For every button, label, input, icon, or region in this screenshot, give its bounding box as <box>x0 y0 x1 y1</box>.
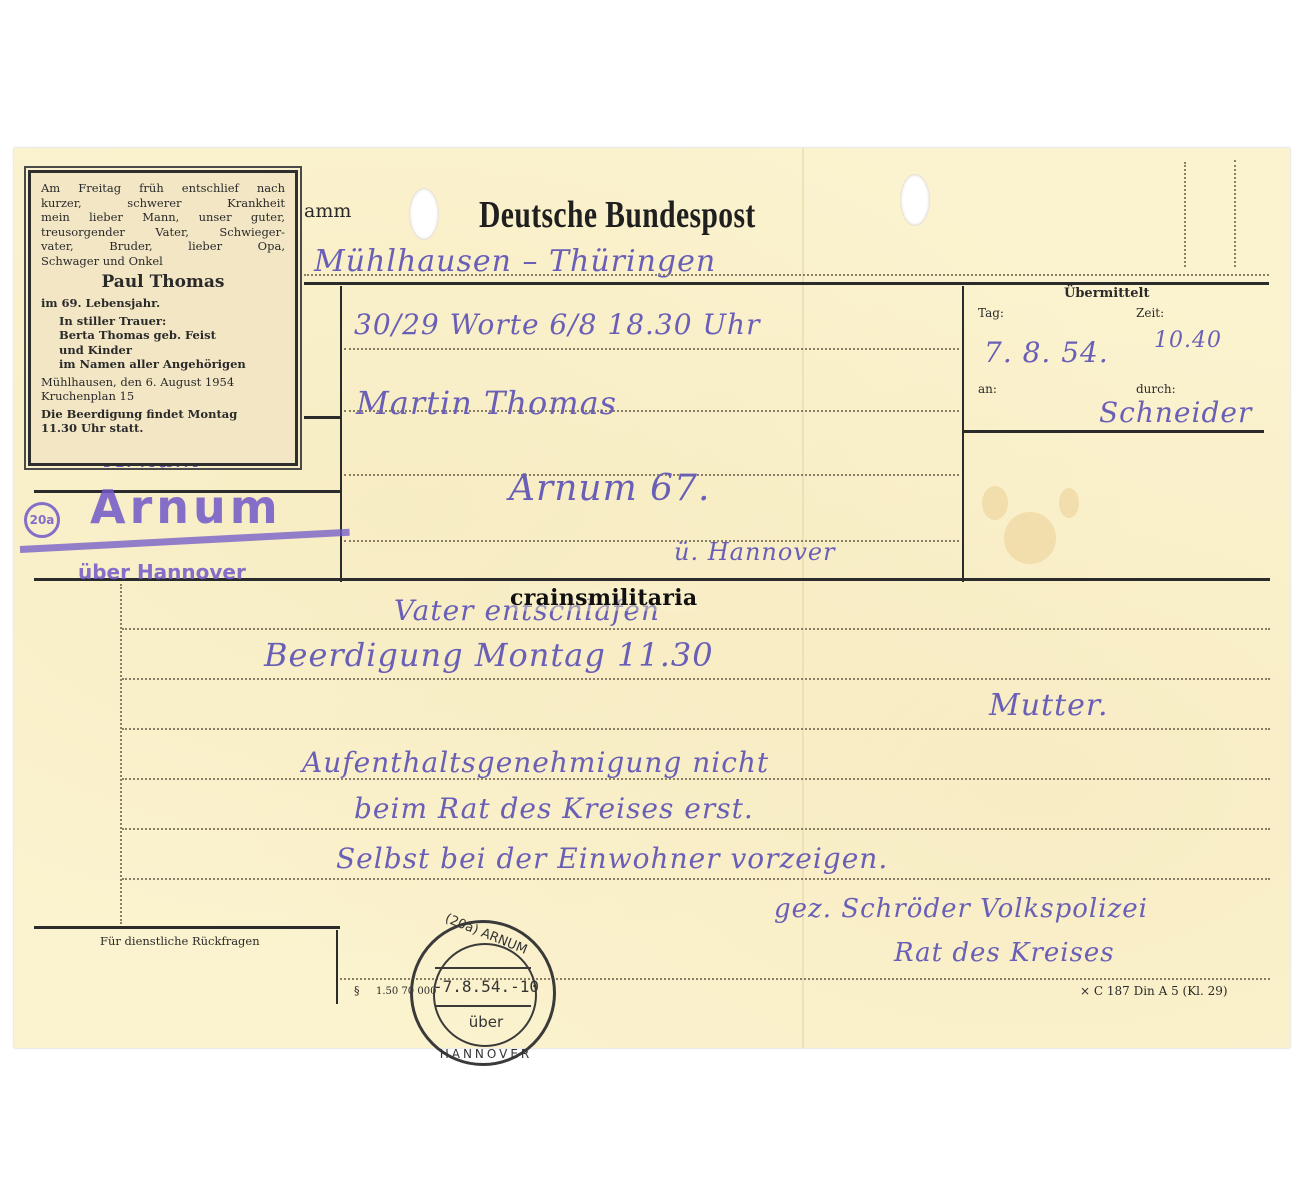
by-label: durch: <box>1136 382 1176 396</box>
message-line: Mutter. <box>989 688 1109 723</box>
office-stamp-via: über Hannover <box>78 560 246 584</box>
postmark-bottom-text: HANNOVER <box>427 1047 545 1061</box>
obituary-clipping: Am Freitag früh entschlief nach kurzer, … <box>28 170 298 466</box>
message-rule <box>122 628 1270 630</box>
obituary-funeral-line: 11.30 Uhr statt. <box>41 421 285 436</box>
column-divider <box>962 286 964 582</box>
message-line: Selbst bei der Einwohner vorzeigen. <box>336 842 888 875</box>
printer-mark-icon: § <box>354 984 360 997</box>
transmission-details-handwritten: 30/29 Worte 6/8 18.30 Uhr <box>354 308 760 341</box>
message-line: Beerdigung Montag 11.30 <box>264 636 714 674</box>
section-rule <box>304 282 1269 285</box>
left-rule <box>304 416 340 419</box>
message-line: Rat des Kreises <box>894 938 1115 968</box>
stain <box>1059 488 1079 518</box>
message-rule <box>122 828 1270 830</box>
footer-rule <box>34 926 340 929</box>
obituary-intro-line: Am Freitag früh entschlief nach <box>41 181 285 196</box>
message-rule <box>122 728 1270 730</box>
dotted-rule <box>304 274 1269 276</box>
recipient-sub-handwritten: ü. Hannover <box>674 538 836 566</box>
message-line: beim Rat des Kreises erst. <box>354 792 754 825</box>
footer-divider <box>336 930 338 1004</box>
message-line: gez. Schröder Volkspolizei <box>774 894 1148 924</box>
stain <box>1004 512 1056 564</box>
punch-hole-right <box>900 174 930 226</box>
telegram-form: amm Deutsche Bundespost Mühlhausen – Thü… <box>14 148 1290 1048</box>
obituary-intro-line: mein lieber Mann, unser guter, <box>41 210 285 225</box>
form-header-partial: amm <box>304 200 351 222</box>
watermark-text: crainsmilitaria <box>510 585 697 611</box>
postmark-middle-text: über <box>453 1013 519 1031</box>
obituary-intro-line: vater, Bruder, lieber Opa, <box>41 239 285 254</box>
message-line: Aufenthaltsgenehmigung nicht <box>302 746 769 779</box>
message-rule <box>122 678 1270 680</box>
postmark-bar <box>435 967 531 969</box>
message-rule <box>122 878 1270 880</box>
obituary-funeral-line: Die Beerdigung findet Montag <box>41 407 285 422</box>
stain <box>982 486 1008 520</box>
message-margin-line <box>120 584 122 924</box>
punch-hole-left <box>409 188 439 240</box>
obituary-address: Kruchenplan 15 <box>41 389 285 404</box>
transmitted-heading: Übermittelt <box>1064 286 1149 301</box>
corner-dotted-line <box>1234 160 1236 267</box>
obituary-mourner-line: und Kinder <box>41 343 285 358</box>
column-divider <box>340 286 342 582</box>
page-title: Deutsche Bundespost <box>479 193 756 237</box>
office-stamp-code: 20a <box>24 502 60 538</box>
corner-dotted-line <box>1184 162 1186 267</box>
form-number: × C 187 Din A 5 (Kl. 29) <box>1080 984 1228 998</box>
obituary-mourner-line: im Namen aller Angehörigen <box>41 357 285 372</box>
obituary-intro-line: kurzer, schwerer Krankheit <box>41 196 285 211</box>
day-value-handwritten: 7. 8. 54. <box>984 336 1109 369</box>
recipient-name-handwritten: Martin Thomas <box>356 384 617 422</box>
obituary-mourning-label: In stiller Trauer: <box>41 314 285 329</box>
obituary-age: im 69. Lebensjahr. <box>41 296 285 311</box>
postmark-date: -7.8.54.-10 <box>427 977 545 996</box>
dotted-rule <box>344 540 959 542</box>
postmark-stamp: (20a) ARNUM -7.8.54.-10 über HANNOVER <box>410 920 556 1066</box>
dotted-rule <box>344 348 959 350</box>
transmitted-rule <box>964 430 1264 433</box>
by-value-handwritten: Schneider <box>1099 396 1252 429</box>
obituary-mourner-line: Berta Thomas geb. Feist <box>41 328 285 343</box>
inquiries-label: Für dienstliche Rückfragen <box>100 934 260 948</box>
recipient-place-handwritten: Arnum 67. <box>509 468 710 509</box>
time-label: Zeit: <box>1136 306 1164 320</box>
obituary-name: Paul Thomas <box>41 270 285 294</box>
office-stamp-town: Arnum <box>90 480 282 534</box>
time-value-handwritten: 10.40 <box>1154 328 1222 353</box>
obituary-intro-line: Schwager und Onkel <box>41 254 285 269</box>
day-label: Tag: <box>978 306 1004 320</box>
postmark-bar <box>435 1005 531 1007</box>
obituary-place-date: Mühlhausen, den 6. August 1954 <box>41 375 285 390</box>
obituary-intro-line: treusorgender Vater, Schwieger- <box>41 225 285 240</box>
to-label: an: <box>978 382 997 396</box>
